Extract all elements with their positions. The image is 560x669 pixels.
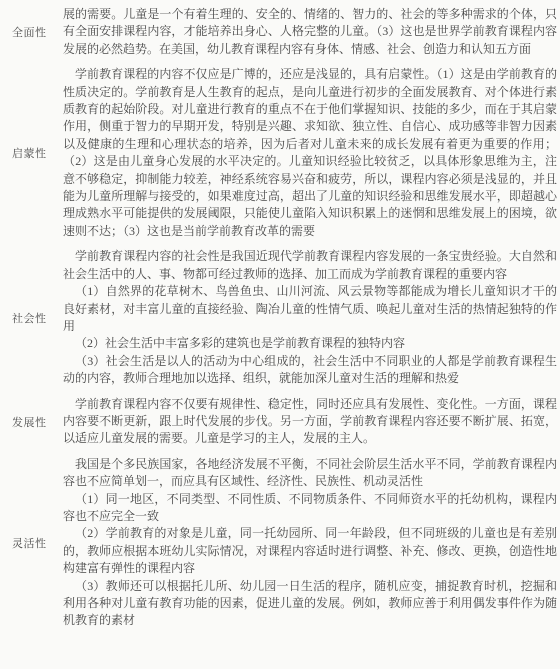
row-label-comprehensiveness: 全面性 <box>12 24 47 40</box>
paragraph-item-1: （1）同一地区，不同类型、不同性质、不同物质条件、不同师资水平的托幼机构，课程内… <box>63 491 557 526</box>
paragraph: 学前教育课程的内容不仅应是广博的，还应是浅显的，具有启蒙性。（1）这是由学前教育… <box>63 66 557 240</box>
paragraph-item-1: （1）自然界的花草树木、鸟兽鱼虫、山川河流、风云景物等都能成为增长儿童知识才干的… <box>63 283 557 335</box>
table-row-sociality: 社会性 学前教育课程内容的社会性是我国近现代学前教育课程内容发展的一条宝贵经验。… <box>0 248 557 387</box>
paragraph: 我国是个多民族国家，各地经济发展不平衡，不同社会阶层生活水平不同，学前教育课程内… <box>63 456 557 491</box>
table-row-flexibility: 灵活性 我国是个多民族国家，各地经济发展不平衡，不同社会阶层生活水平不同，学前教… <box>0 456 557 630</box>
paragraph-continuation: 展的需要。儿童是一个有着生理的、安全的、情绪的、智力的、社会的等多种需求的个体，… <box>63 6 557 58</box>
row-label-development: 发展性 <box>12 414 47 430</box>
row-label-flexibility: 灵活性 <box>12 535 47 551</box>
row-label-sociality: 社会性 <box>12 310 47 326</box>
paragraph-item-2: （2）学前教育的对象是儿童，同一托幼园所、同一年龄段，但不同班级的儿童也是有差别… <box>63 525 557 577</box>
row-content-comprehensiveness: 展的需要。儿童是一个有着生理的、安全的、情绪的、智力的、社会的等多种需求的个体，… <box>63 6 557 58</box>
row-label-cell: 社会性 <box>0 248 63 387</box>
row-label-cell: 灵活性 <box>0 456 63 630</box>
row-label-cell: 发展性 <box>0 396 63 448</box>
paragraph-item-2: （2）社会生活中丰富多彩的建筑也是学前教育课程的独特内容 <box>63 335 557 352</box>
row-content-enlightenment: 学前教育课程的内容不仅应是广博的，还应是浅显的，具有启蒙性。（1）这是由学前教育… <box>63 66 557 240</box>
paragraph: 学前教育课程内容不仅要有规律性、稳定性，同时还应具有发展性、变化性。一方面，课程… <box>63 396 557 448</box>
scanned-document-page: 全面性 展的需要。儿童是一个有着生理的、安全的、情绪的、智力的、社会的等多种需求… <box>0 0 560 669</box>
paragraph-item-3: （3）教师还可以根据托儿所、幼儿园一日生活的程序，随机应变，捕捉教育时机，挖掘和… <box>63 578 557 630</box>
row-content-development: 学前教育课程内容不仅要有规律性、稳定性，同时还应具有发展性、变化性。一方面，课程… <box>63 396 557 448</box>
paragraph-item-3: （3）社会生活是以人的活动为中心组成的，社会生活中不同职业的人都是学前教育课程生… <box>63 353 557 388</box>
table-row-comprehensiveness: 全面性 展的需要。儿童是一个有着生理的、安全的、情绪的、智力的、社会的等多种需求… <box>0 6 557 58</box>
table-row-enlightenment: 启蒙性 学前教育课程的内容不仅应是广博的，还应是浅显的，具有启蒙性。（1）这是由… <box>0 66 557 240</box>
row-content-flexibility: 我国是个多民族国家，各地经济发展不平衡，不同社会阶层生活水平不同，学前教育课程内… <box>63 456 557 630</box>
table-row-development: 发展性 学前教育课程内容不仅要有规律性、稳定性，同时还应具有发展性、变化性。一方… <box>0 396 557 448</box>
row-label-cell: 全面性 <box>0 6 63 58</box>
row-label-cell: 启蒙性 <box>0 66 63 240</box>
row-content-sociality: 学前教育课程内容的社会性是我国近现代学前教育课程内容发展的一条宝贵经验。大自然和… <box>63 248 557 387</box>
row-label-enlightenment: 启蒙性 <box>12 145 47 161</box>
paragraph: 学前教育课程内容的社会性是我国近现代学前教育课程内容发展的一条宝贵经验。大自然和… <box>63 248 557 283</box>
